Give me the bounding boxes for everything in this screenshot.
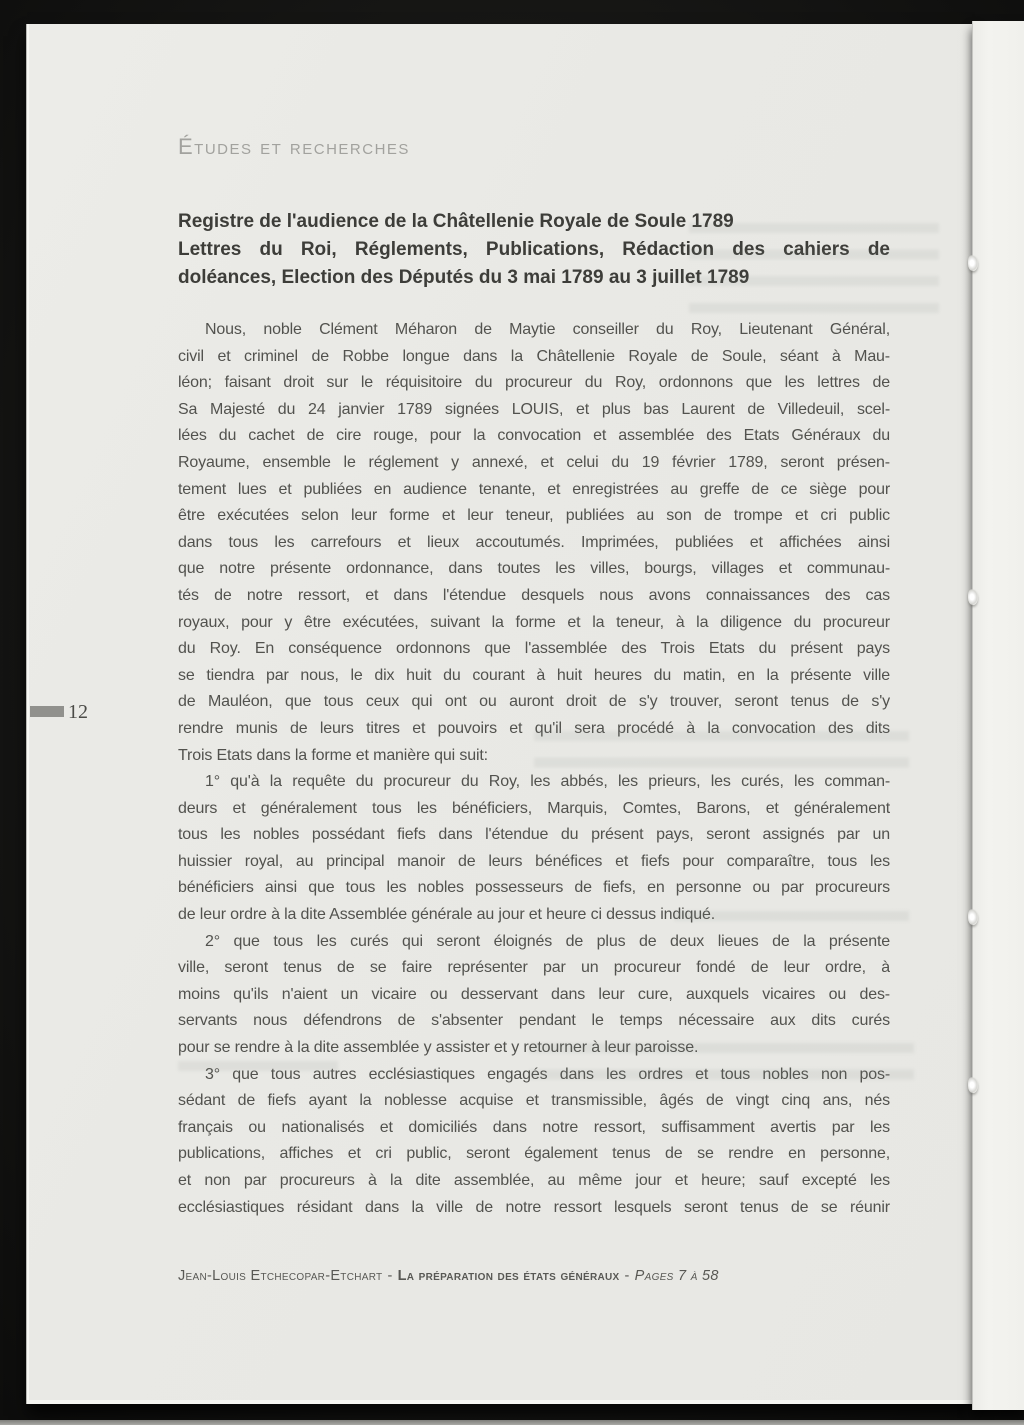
body-line: huissier royal, au principal manoir de l…	[178, 849, 890, 876]
footer: Jean-Louis Etchecopar-Etchart-La prépara…	[178, 1268, 890, 1284]
body-line: du Roy. En conséquence ordonnons que l'a…	[178, 636, 890, 663]
scanner-edge-strip	[0, 1420, 1024, 1425]
page-crease-notch	[968, 255, 978, 271]
body-line: Trois Etats dans la forme et manière qui…	[178, 743, 890, 770]
body-line: deurs et généralement tous les bénéficie…	[178, 796, 890, 823]
page-crease-notch	[968, 589, 978, 605]
body-line: de Mauléon, que tous ceux qui ont ou aur…	[178, 689, 890, 716]
body-line: que notre présente ordonnance, dans tout…	[178, 556, 890, 583]
body-line: de leur ordre à la dite Assemblée généra…	[178, 902, 890, 929]
body-line: 2° que tous les curés qui seront éloigné…	[178, 929, 890, 956]
page-crease-notch	[968, 909, 978, 925]
body-line: ecclésiastiques résidant dans la ville d…	[178, 1195, 890, 1222]
body-line: se tiendra par nous, le dix huit du cour…	[178, 663, 890, 690]
footer-work-title: La préparation des états généraux	[398, 1268, 620, 1284]
body-line: bénéficiers ainsi que tous les nobles po…	[178, 875, 890, 902]
body-line: tés de notre ressort, et dans l'étendue …	[178, 583, 890, 610]
footer-pages: Pages 7 à 58	[635, 1268, 719, 1284]
body-line: léon; faisant droit sur le réquisitoire …	[178, 370, 890, 397]
body-line: et non par procureurs à la dite assemblé…	[178, 1168, 890, 1195]
scanned-book-photo: Études et recherches Registre de l'audie…	[0, 0, 1024, 1425]
footer-separator: -	[625, 1268, 630, 1284]
body-line: tement lues et publiées en audience tena…	[178, 477, 890, 504]
page-number: 12	[68, 700, 88, 724]
body-line: tous les nobles possédant fiefs dans l'é…	[178, 822, 890, 849]
body-line: dans tous les carrefours et lieux accout…	[178, 530, 890, 557]
body-text: Nous, noble Clément Méharon de Maytie co…	[178, 317, 890, 1221]
body-line: français ou nationalisés et domiciliés d…	[178, 1115, 890, 1142]
body-line: Sa Majesté du 24 janvier 1789 signées LO…	[178, 397, 890, 424]
section-header: Études et recherches	[178, 134, 410, 160]
body-line: Royaume, ensemble le réglement y annexé,…	[178, 450, 890, 477]
body-line: rendre munis de leurs titres et pouvoirs…	[178, 716, 890, 743]
title-line: Lettres du Roi, Réglements, Publications…	[178, 236, 890, 264]
title-line: doléances, Election des Députés du 3 mai…	[178, 264, 890, 292]
body-line: 1° qu'à la requête du procureur du Roy, …	[178, 769, 890, 796]
title-line: Registre de l'audience de la Châtellenie…	[178, 208, 890, 236]
next-page-edge	[972, 21, 1024, 1410]
body-line: sédant de fiefs ayant la noblesse acquis…	[178, 1088, 890, 1115]
body-line: être exécutées selon leur forme et leur …	[178, 503, 890, 530]
body-line: lées du cachet de cire rouge, pour la co…	[178, 423, 890, 450]
page-crease-notch	[968, 1077, 978, 1093]
footer-separator: -	[387, 1268, 392, 1284]
body-line: ville, seront tenus de se faire représen…	[178, 955, 890, 982]
body-line: pour se rendre à la dite assemblée y ass…	[178, 1035, 890, 1062]
body-line: moins qu'ils n'aient un vicaire ou desse…	[178, 982, 890, 1009]
footer-author: Jean-Louis Etchecopar-Etchart	[178, 1268, 382, 1284]
book-page: Études et recherches Registre de l'audie…	[27, 24, 975, 1404]
article-title: Registre de l'audience de la Châtellenie…	[178, 208, 890, 292]
body-line: servants nous défendrons de s'absenter p…	[178, 1008, 890, 1035]
page-number-bar	[30, 706, 64, 717]
body-line: Nous, noble Clément Méharon de Maytie co…	[178, 317, 890, 344]
body-line: 3° que tous autres ecclésiastiques engag…	[178, 1062, 890, 1089]
body-line: royaux, pour y être exécutées, suivant l…	[178, 610, 890, 637]
body-line: publications, affiches et cri public, se…	[178, 1141, 890, 1168]
body-line: civil et criminel de Robbe longue dans l…	[178, 344, 890, 371]
